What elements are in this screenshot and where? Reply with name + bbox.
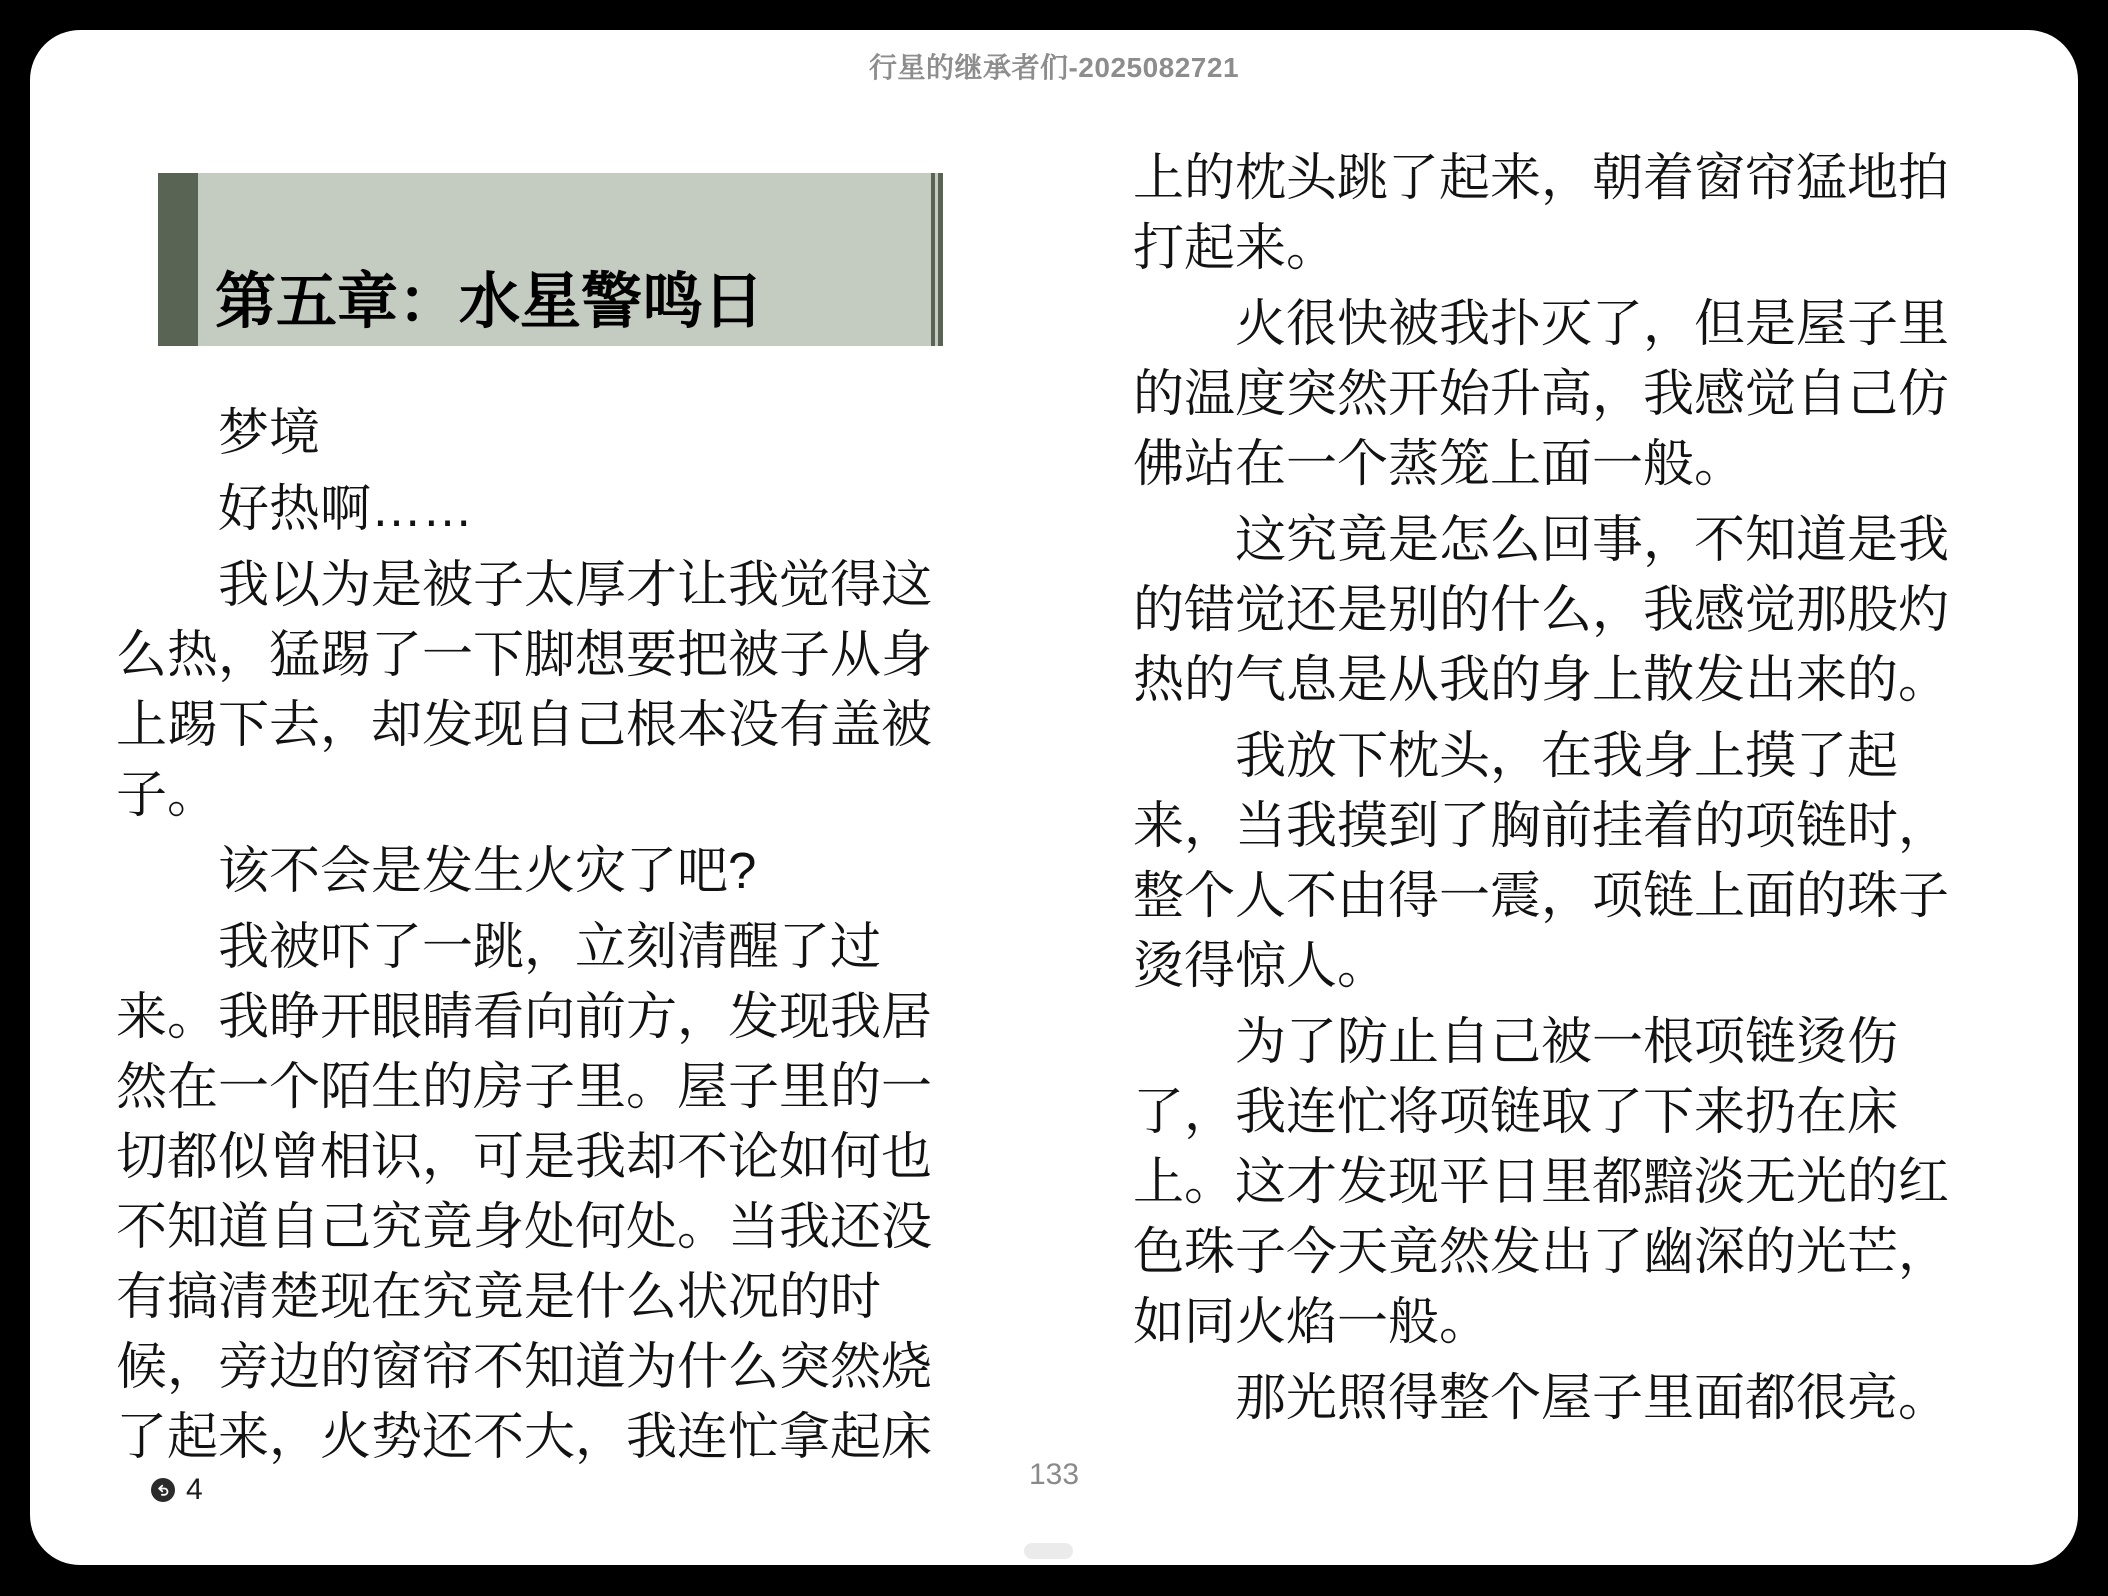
paragraph: 那光照得整个屋子里面都很亮。	[1133, 1363, 1973, 1433]
text-line: 上的枕头跳了起来，朝着窗帘猛地拍	[1133, 143, 1973, 213]
paragraph: 我以为是被子太厚才让我觉得这么热，猛踢了一下脚想要把被子从身上踢下去，却发现自己…	[116, 550, 956, 830]
book-header-title: 行星的继承者们-2025082721	[30, 46, 2078, 86]
paragraph: 火很快被我扑灭了，但是屋子里的温度突然开始升高，我感觉自己仿佛站在一个蒸笼上面一…	[1133, 289, 1973, 499]
text-line: 的错觉还是别的什么，我感觉那股灼	[1133, 575, 1973, 645]
text-line: 上。这才发现平日里都黯淡无光的红	[1133, 1147, 1973, 1217]
text-line: 那光照得整个屋子里面都很亮。	[1133, 1363, 1973, 1433]
text-line: 上踢下去，却发现自己根本没有盖被	[116, 690, 956, 760]
text-line: 热的气息是从我的身上散发出来的。	[1133, 645, 1973, 715]
text-line: 来，当我摸到了胸前挂着的项链时，	[1133, 791, 1973, 861]
text-line: 的温度突然开始升高，我感觉自己仿	[1133, 359, 1973, 429]
text-line: 好热啊……	[116, 474, 956, 544]
text-line: 我被吓了一跳，立刻清醒了过	[116, 912, 956, 982]
text-line: 整个人不由得一震，项链上面的珠子	[1133, 861, 1973, 931]
text-line: 佛站在一个蒸笼上面一般。	[1133, 429, 1973, 499]
page-number: 133	[30, 1458, 2078, 1492]
text-line: 我以为是被子太厚才让我觉得这	[116, 550, 956, 620]
text-line: 有搞清楚现在究竟是什么状况的时	[116, 1262, 956, 1332]
paragraph: 为了防止自己被一根项链烫伤了，我连忙将项链取了下来扔在床上。这才发现平日里都黯淡…	[1133, 1007, 1973, 1357]
paragraph: 该不会是发生火灾了吧?	[116, 836, 956, 906]
text-line: 打起来。	[1133, 213, 1973, 283]
text-line: 切都似曾相识，可是我却不论如何也	[116, 1122, 956, 1192]
chapter-heading-box: 第五章：水星警鸣日	[158, 173, 943, 346]
left-page-text: 梦境好热啊……我以为是被子太厚才让我觉得这么热，猛踢了一下脚想要把被子从身上踢下…	[116, 398, 956, 1478]
device-bezel: 行星的继承者们-2025082721 第五章：水星警鸣日 梦境好热啊……我以为是…	[0, 0, 2108, 1596]
text-line: 了，我连忙将项链取了下来扔在床	[1133, 1077, 1973, 1147]
text-line: 这究竟是怎么回事，不知道是我	[1133, 505, 1973, 575]
paragraph: 这究竟是怎么回事，不知道是我的错觉还是别的什么，我感觉那股灼热的气息是从我的身上…	[1133, 505, 1973, 715]
paragraph: 我被吓了一跳，立刻清醒了过来。我睁开眼睛看向前方，发现我居然在一个陌生的房子里。…	[116, 912, 956, 1472]
text-line: 么热，猛踢了一下脚想要把被子从身	[116, 620, 956, 690]
right-page-text: 上的枕头跳了起来，朝着窗帘猛地拍打起来。火很快被我扑灭了，但是屋子里的温度突然开…	[1133, 143, 1973, 1439]
text-line: 不知道自己究竟身处何处。当我还没	[116, 1192, 956, 1262]
chapter-box-rule	[931, 173, 935, 346]
home-indicator[interactable]	[1024, 1543, 1073, 1559]
text-line: 该不会是发生火灾了吧?	[116, 836, 956, 906]
text-line: 如同火焰一般。	[1133, 1287, 1973, 1357]
text-line: 然在一个陌生的房子里。屋子里的一	[116, 1052, 956, 1122]
text-line: 火很快被我扑灭了，但是屋子里	[1133, 289, 1973, 359]
text-line: 我放下枕头，在我身上摸了起	[1133, 721, 1973, 791]
paragraph: 梦境	[116, 398, 956, 468]
paragraph: 好热啊……	[116, 474, 956, 544]
reader-screen[interactable]: 行星的继承者们-2025082721 第五章：水星警鸣日 梦境好热啊……我以为是…	[30, 30, 2078, 1565]
text-line: 色珠子今天竟然发出了幽深的光芒，	[1133, 1217, 1973, 1287]
text-line: 候，旁边的窗帘不知道为什么突然烧	[116, 1332, 956, 1402]
text-line: 为了防止自己被一根项链烫伤	[1133, 1007, 1973, 1077]
paragraph: 我放下枕头，在我身上摸了起来，当我摸到了胸前挂着的项链时，整个人不由得一震，项链…	[1133, 721, 1973, 1001]
chapter-title: 第五章：水星警鸣日	[215, 271, 764, 332]
paragraph: 上的枕头跳了起来，朝着窗帘猛地拍打起来。	[1133, 143, 1973, 283]
text-line: 梦境	[116, 398, 956, 468]
text-line: 烫得惊人。	[1133, 931, 1973, 1001]
text-line: 子。	[116, 760, 956, 830]
text-line: 来。我睁开眼睛看向前方，发现我居	[116, 982, 956, 1052]
